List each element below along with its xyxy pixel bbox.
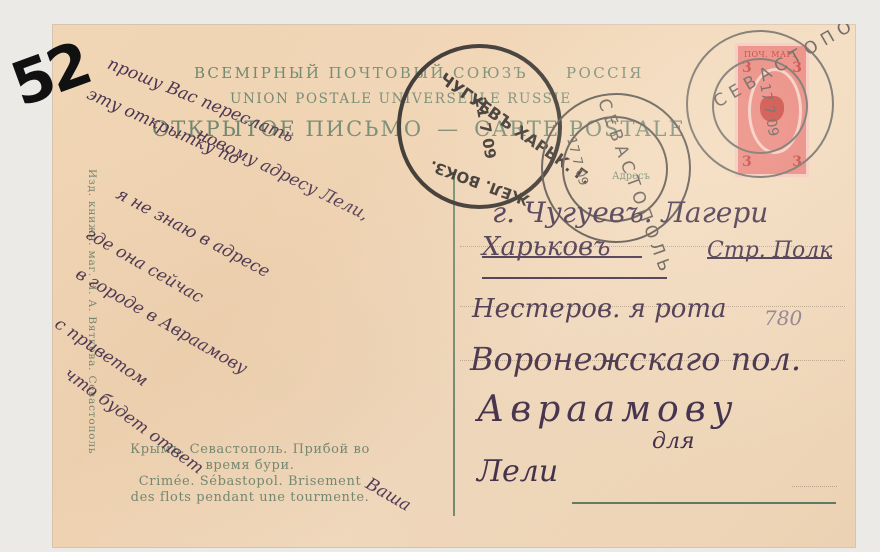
handwritten-address-line: Нестеров. я рота bbox=[472, 294, 727, 324]
postcard: ВСЕМІРНЫЙ ПОЧТОВЫЙ СОЮЗЪ РОССІЯ UNION PO… bbox=[52, 24, 856, 548]
caption-ru-line2: время бури. bbox=[100, 458, 400, 474]
handwritten-address-line: для bbox=[652, 429, 695, 454]
address-strikethrough bbox=[707, 257, 832, 259]
address-strikethrough bbox=[482, 277, 667, 279]
handwritten-address-line: г. Чугуевъ. Лагери bbox=[492, 196, 768, 229]
publisher-imprint: Изд. книжн. маг. Н. А. Вяткова. Севастоп… bbox=[86, 169, 98, 454]
handwritten-address-line: Стр. Полк bbox=[707, 238, 832, 263]
address-strikethrough bbox=[482, 256, 642, 258]
caption-fr-line2: des flots pendant une tourmente. bbox=[100, 490, 400, 506]
handwritten-address-line: Воронежскаго пол. bbox=[470, 340, 801, 378]
caption-ru-line1: Крымъ. Севастополь. Прибой во bbox=[100, 442, 400, 458]
message-address-divider bbox=[453, 176, 455, 516]
address-line bbox=[792, 486, 837, 487]
address-baseline bbox=[572, 502, 836, 504]
pencil-price-note: 780 bbox=[764, 306, 802, 330]
caption-fr-line1: Crimée. Sébastopol. Brisement bbox=[100, 474, 400, 490]
image-caption: Крымъ. Севастополь. Прибой во время бури… bbox=[100, 442, 400, 506]
handwritten-address-line: Лели bbox=[477, 454, 558, 489]
handwritten-address-line: Авраамову bbox=[477, 389, 739, 430]
header-russia-ru: РОССІЯ bbox=[566, 64, 644, 82]
